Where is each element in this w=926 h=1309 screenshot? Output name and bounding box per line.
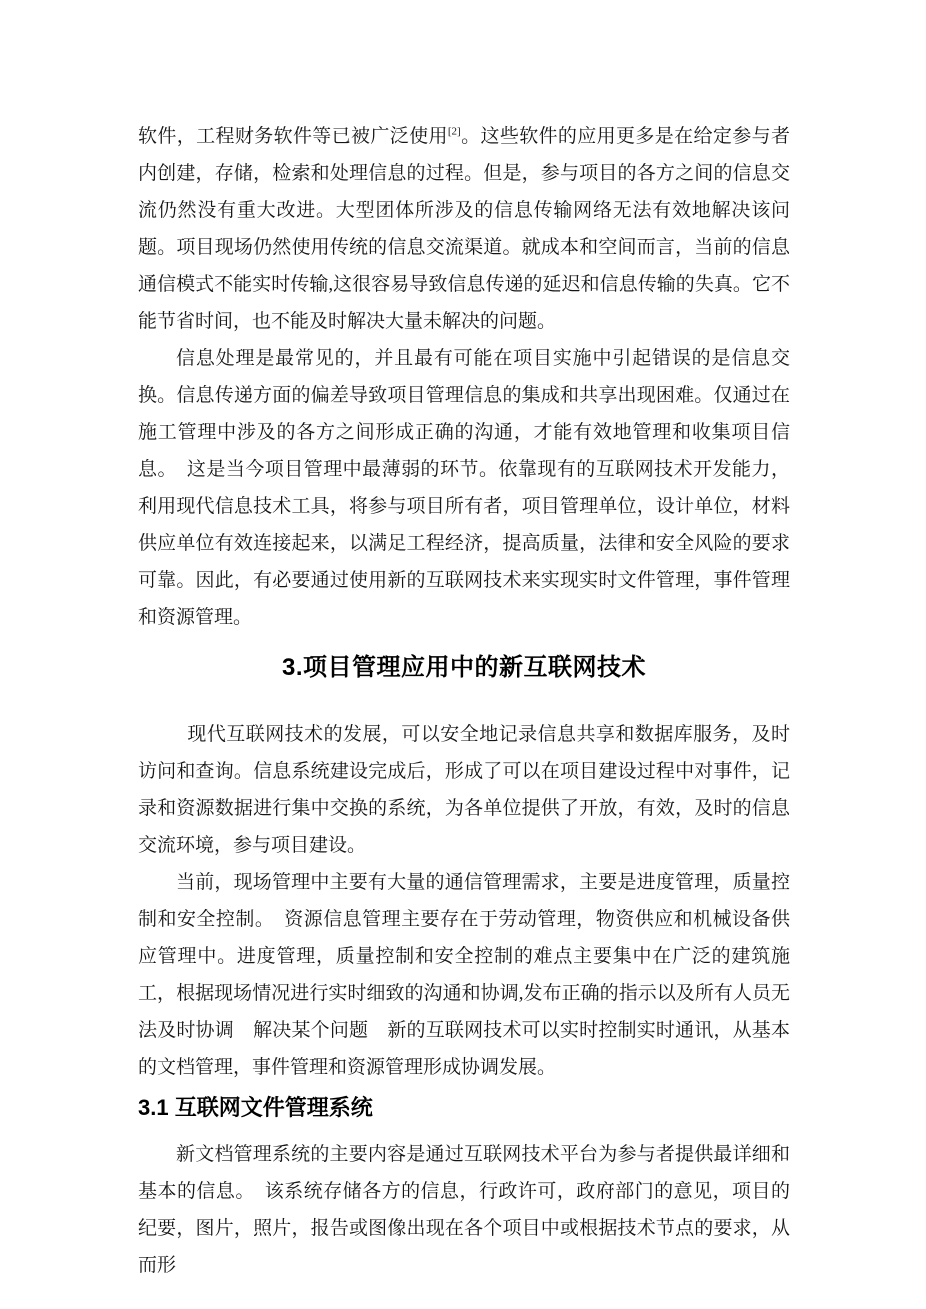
paragraph: 软件，工程财务软件等已被广泛使用[2]。这些软件的应用更多是在给定参与者内创建，… (138, 118, 790, 340)
paragraph: 现代互联网技术的发展，可以安全地记录信息共享和数据库服务，及时访问和查询。信息系… (138, 716, 790, 864)
footnote-ref: [2] (448, 126, 461, 138)
document-page: 软件，工程财务软件等已被广泛使用[2]。这些软件的应用更多是在给定参与者内创建，… (0, 0, 926, 1309)
document-body: 软件，工程财务软件等已被广泛使用[2]。这些软件的应用更多是在给定参与者内创建，… (138, 118, 790, 1284)
paragraph: 当前，现场管理中主要有大量的通信管理需求，主要是进度管理，质量控制和安全控制。 … (138, 864, 790, 1086)
subsection-heading: 3.1 互联网文件管理系统 (138, 1092, 790, 1124)
paragraph: 信息处理是最常见的，并且最有可能在项目实施中引起错误的是信息交换。信息传递方面的… (138, 340, 790, 636)
paragraph: 新文档管理系统的主要内容是通过互联网技术平台为参与者提供最详细和基本的信息。 该… (138, 1136, 790, 1284)
paragraph-text: 软件，工程财务软件等已被广泛使用 (138, 126, 448, 147)
paragraph-text: 。这些软件的应用更多是在给定参与者内创建，存储，检索和处理信息的过程。但是，参与… (138, 126, 790, 332)
section-heading: 3.项目管理应用中的新互联网技术 (138, 650, 790, 686)
